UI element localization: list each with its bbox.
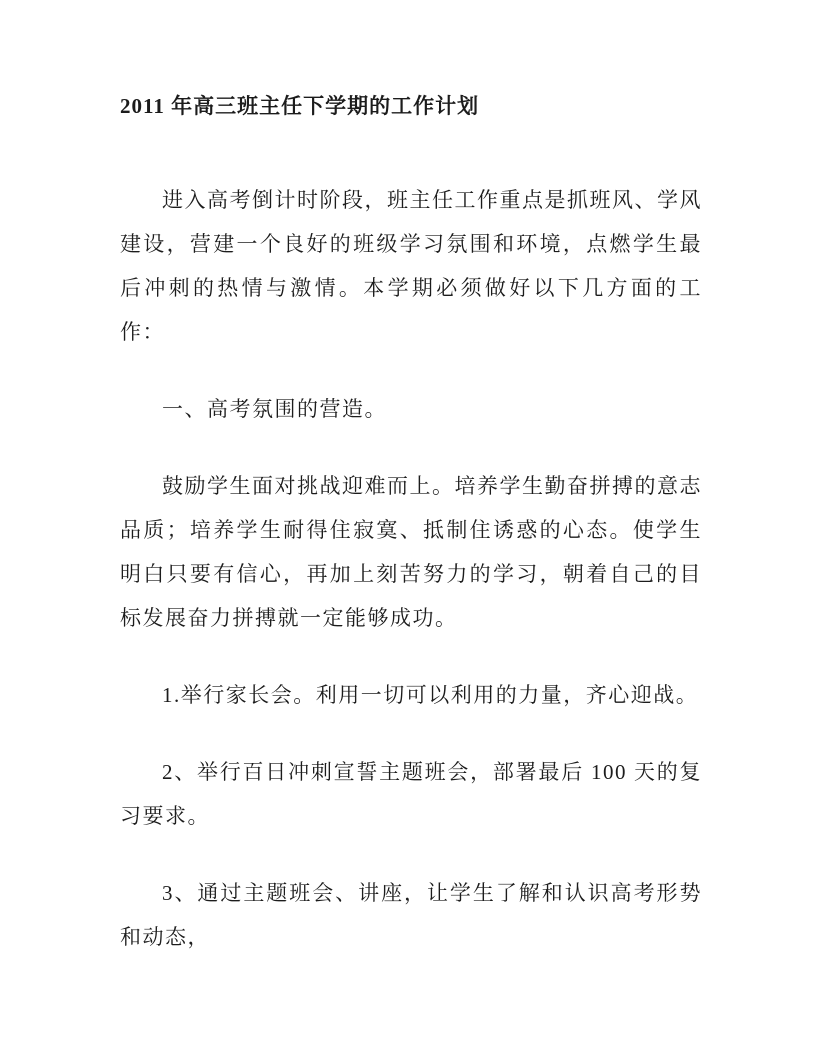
list-item-2: 2、举行百日冲刺宣誓主题班会，部署最后 100 天的复习要求。 bbox=[120, 750, 702, 838]
document-page: 2011 年高三班主任下学期的工作计划 进入高考倒计时阶段，班主任工作重点是抓班… bbox=[0, 0, 816, 1056]
list-item-1: 1.举行家长会。利用一切可以利用的力量，齐心迎战。 bbox=[120, 673, 702, 717]
section-heading-1: 一、高考氛围的营造。 bbox=[120, 387, 702, 431]
paragraph-intro: 进入高考倒计时阶段，班主任工作重点是抓班风、学风建设，营建一个良好的班级学习氛围… bbox=[120, 178, 702, 354]
document-title: 2011 年高三班主任下学期的工作计划 bbox=[120, 84, 702, 128]
paragraph-section-1-body: 鼓励学生面对挑战迎难而上。培养学生勤奋拼搏的意志品质；培养学生耐得住寂寞、抵制住… bbox=[120, 464, 702, 640]
list-item-3: 3、通过主题班会、讲座，让学生了解和认识高考形势和动态， bbox=[120, 871, 702, 959]
